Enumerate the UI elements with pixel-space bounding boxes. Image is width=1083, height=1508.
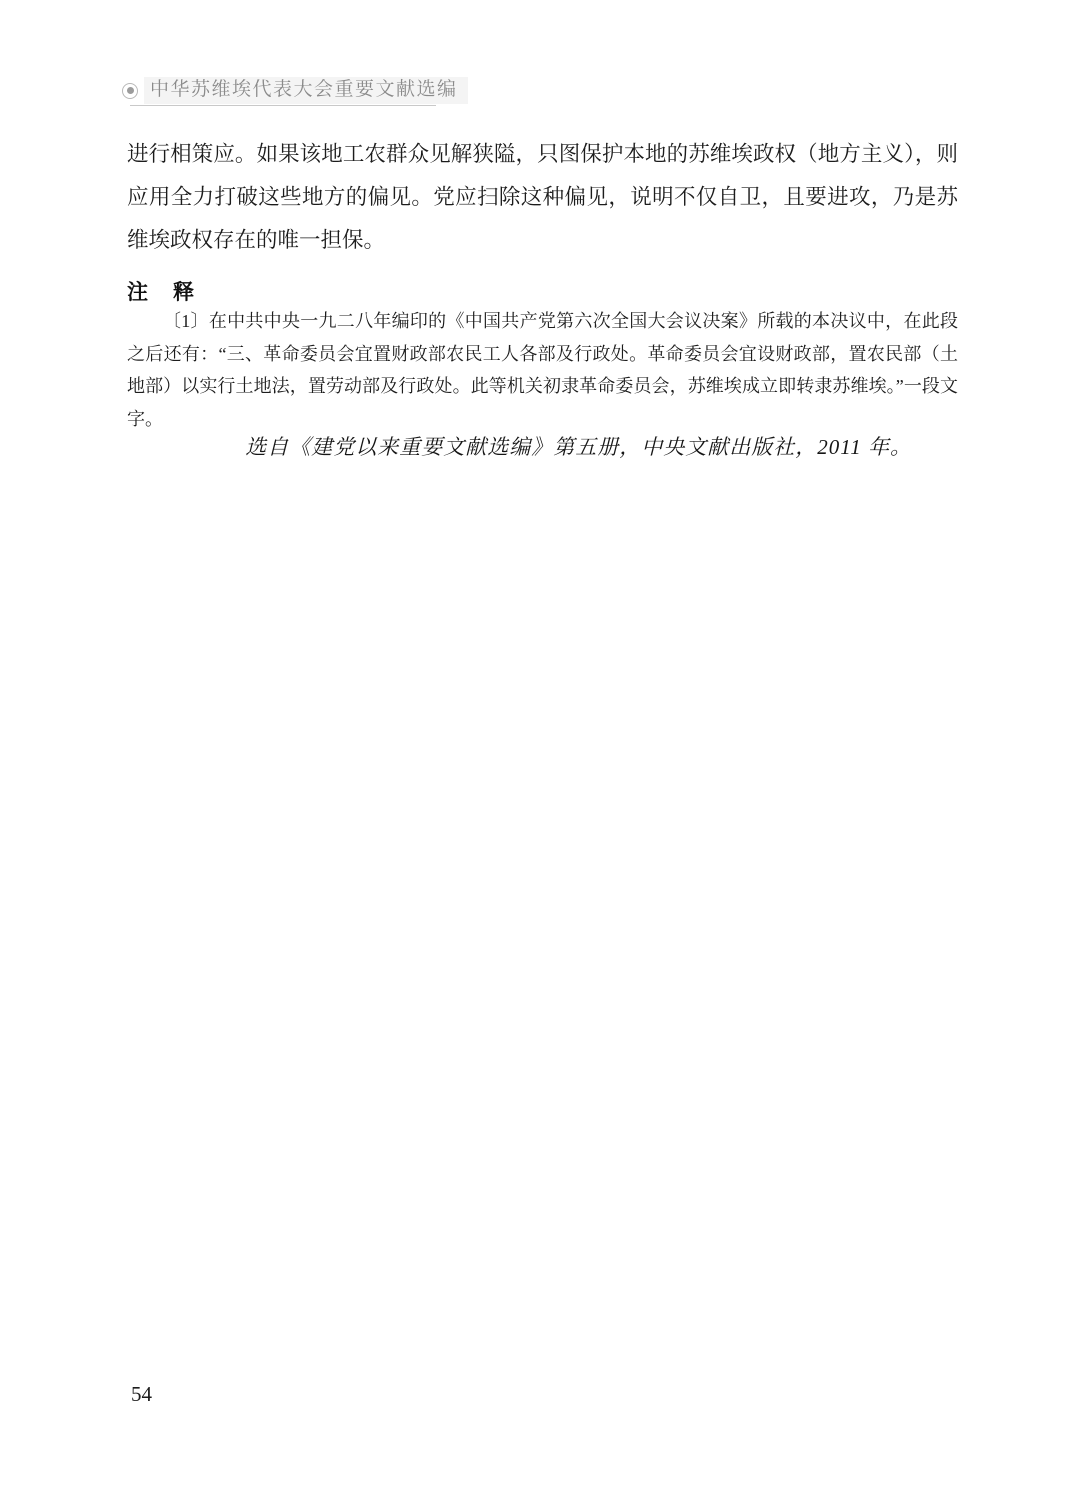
note-item-1: 〔1〕在中共中央一九二八年编印的《中国共产党第六次全国大会议决案》所载的本决议中… <box>127 305 958 435</box>
running-header: 中华苏维埃代表大会重要文献选编 <box>122 77 468 104</box>
source-citation: 选自《建党以来重要文献选编》第五册，中央文献出版社，2011 年。 <box>127 431 958 463</box>
bullseye-icon <box>122 83 138 99</box>
page-number: 54 <box>131 1382 152 1407</box>
notes-heading: 注 释 <box>127 276 196 306</box>
running-header-title: 中华苏维埃代表大会重要文献选编 <box>144 77 468 104</box>
document-page: 中华苏维埃代表大会重要文献选编 进行相策应。如果该地工农群众见解狭隘，只图保护本… <box>0 0 1083 1508</box>
header-rule <box>130 105 436 106</box>
bullseye-icon-dot <box>127 87 134 94</box>
body-paragraph: 进行相策应。如果该地工农群众见解狭隘，只图保护本地的苏维埃政权（地方主义），则应… <box>127 133 958 262</box>
